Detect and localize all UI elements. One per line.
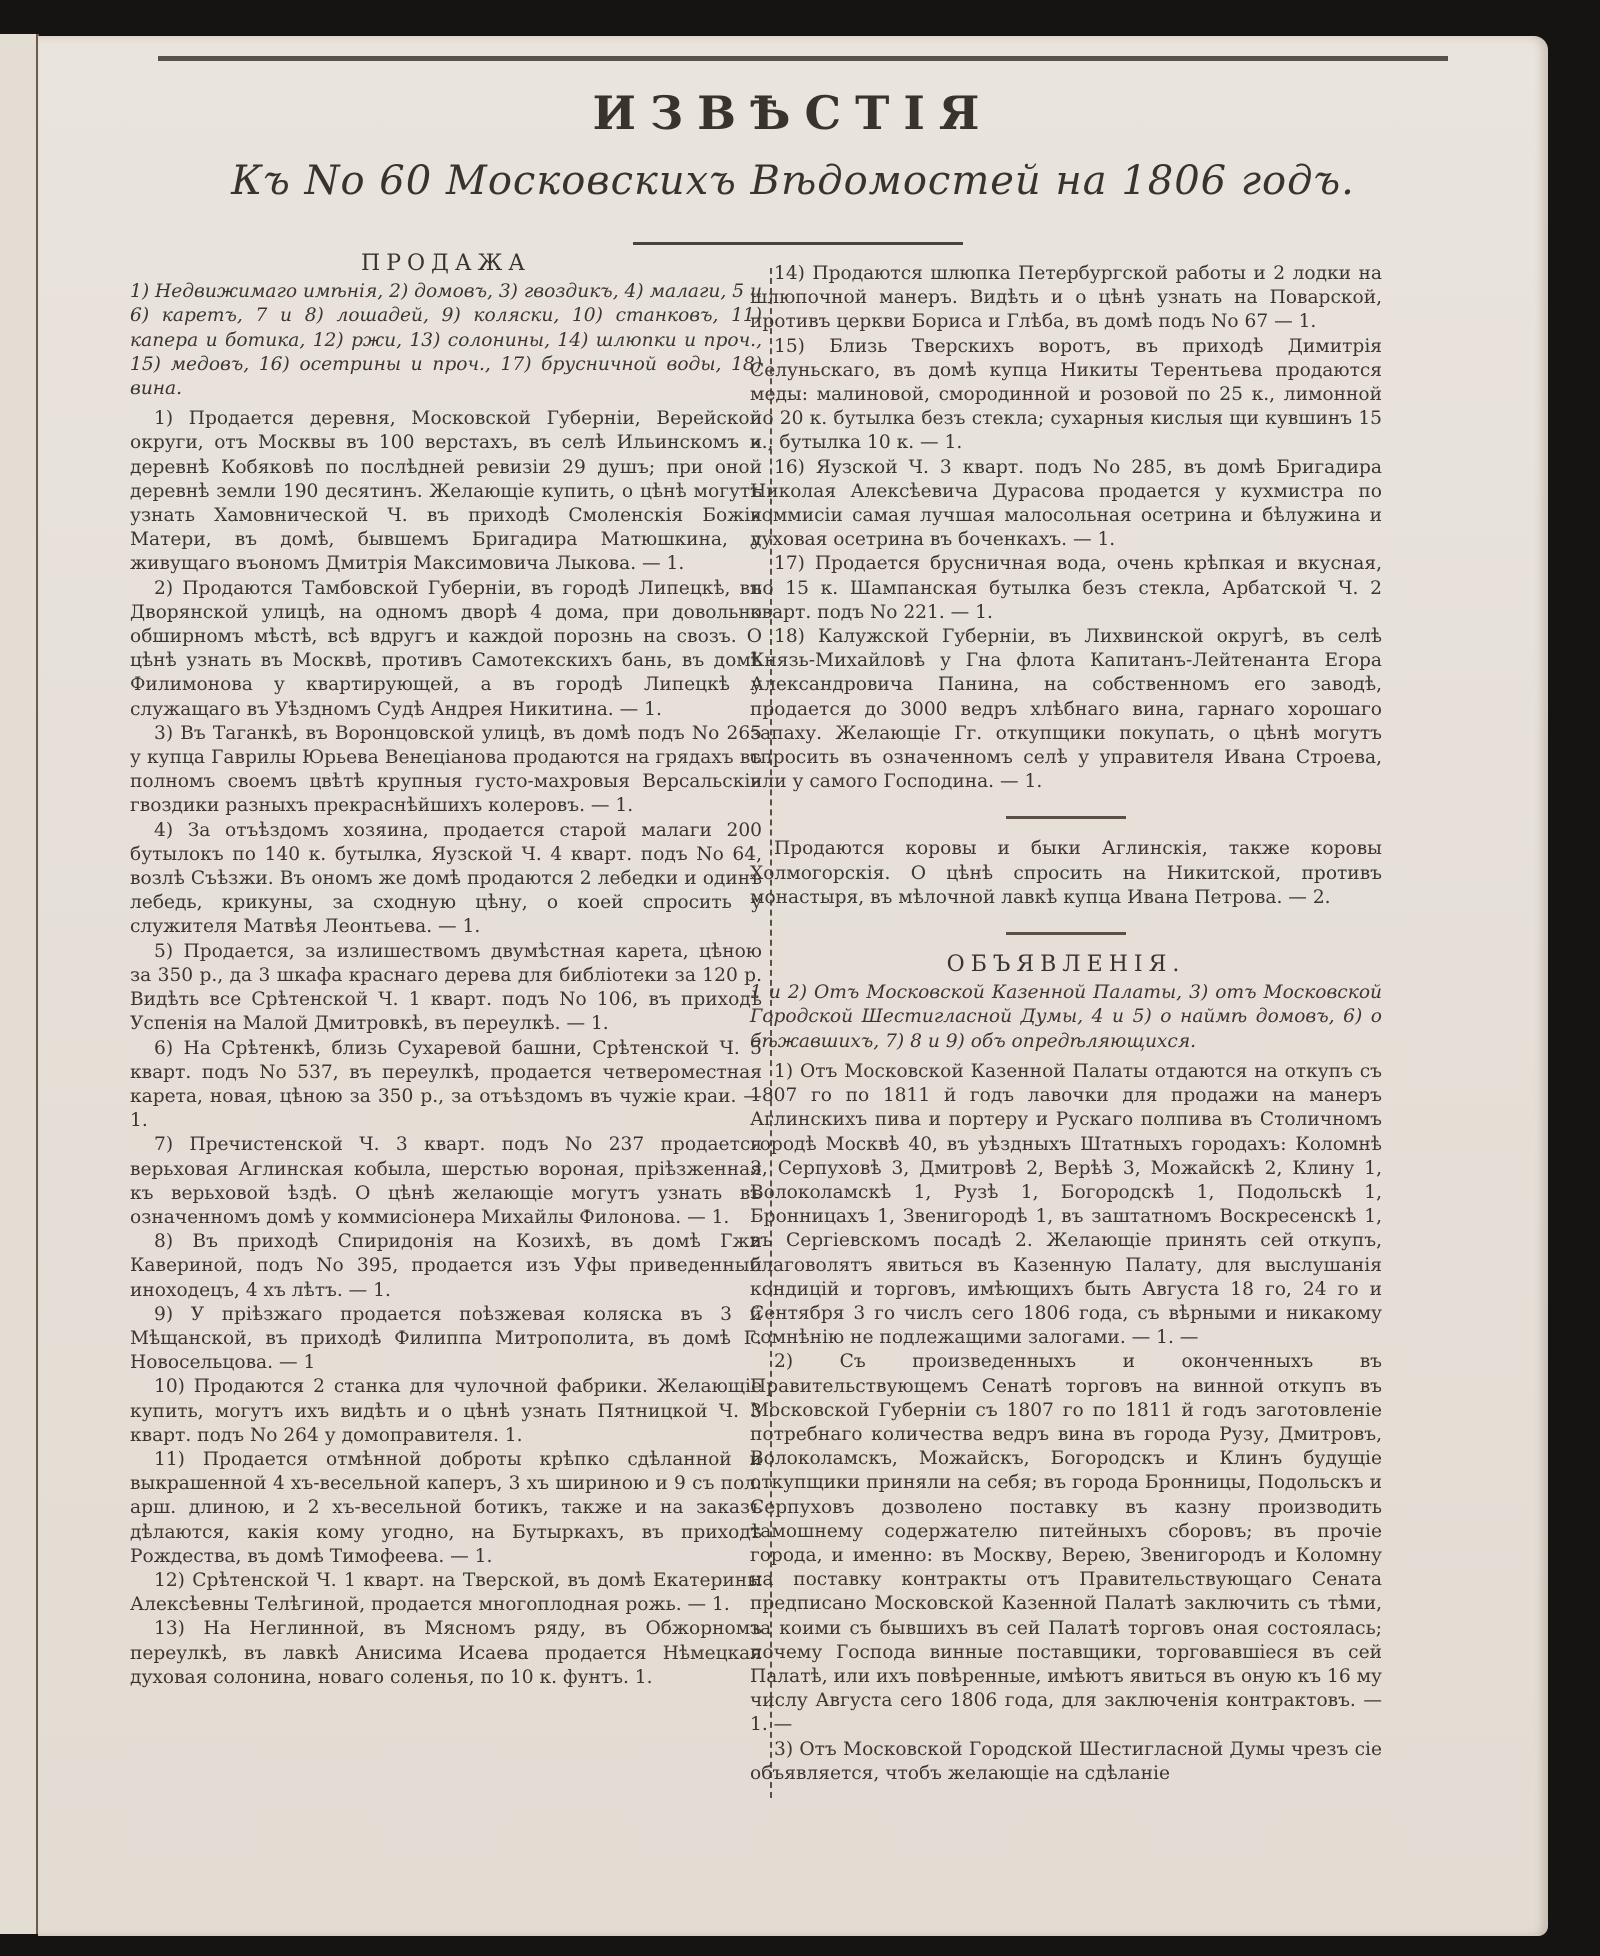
announcements-heading: ОБЪЯВЛЕНІЯ.	[750, 953, 1382, 977]
announcements-summary: 1 и 2) Отъ Московской Казенной Палаты, 3…	[750, 981, 1382, 1054]
sale-extra: Продаются коровы и быки Аглинскія, также…	[750, 837, 1382, 910]
sale-item: 12) Срѣтенской Ч. 1 кварт. на Тверской, …	[130, 1569, 762, 1617]
sale-item: 9) У пріѣзжаго продается поѣзжевая коляс…	[130, 1303, 762, 1376]
sale-item: 18) Калужской Губерніи, въ Лихвинской ок…	[750, 625, 1382, 794]
section-rule	[1006, 816, 1126, 819]
sale-item: 10) Продаются 2 станка для чулочной фабр…	[130, 1375, 762, 1448]
sale-item: 15) Близь Тверскихъ воротъ, въ приходѣ Д…	[750, 335, 1382, 456]
right-column: 14) Продаются шлюпка Петербургской работ…	[750, 262, 1382, 1786]
sale-item: 17) Продается брусничная вода, очень крѣ…	[750, 552, 1382, 625]
sale-heading: ПРОДАЖА	[130, 252, 762, 276]
masthead-rule	[633, 242, 963, 245]
adjacent-page-edge	[0, 34, 39, 1934]
newspaper-page: ИЗВѢСТІЯ Къ No 60 Московскихъ Вѣдомостей…	[38, 36, 1548, 1936]
sale-item: 4) За отъѣздомъ хозяина, продается старо…	[130, 819, 762, 940]
sale-summary: 1) Недвижимаго имѣнія, 2) домовъ, 3) гво…	[130, 280, 762, 401]
sale-item: 1) Продается деревня, Московской Губерні…	[130, 407, 762, 576]
announcement-item: 2) Съ произведенныхъ и оконченныхъ въ Пр…	[750, 1350, 1382, 1737]
sale-item: 2) Продаются Тамбовской Губерніи, въ гор…	[130, 577, 762, 722]
announcement-item: 1) Отъ Московской Казенной Палаты отдают…	[750, 1060, 1382, 1350]
sale-item: 16) Яузской Ч. 3 кварт. подъ No 285, въ …	[750, 456, 1382, 553]
sale-item: 3) Въ Таганкѣ, въ Воронцовской улицѣ, въ…	[130, 722, 762, 819]
section-rule	[1006, 932, 1126, 935]
sale-item: 5) Продается, за излишествомъ двумѣстная…	[130, 940, 762, 1037]
sale-item: 13) На Неглинной, въ Мясномъ ряду, въ Об…	[130, 1617, 762, 1690]
top-rule	[158, 56, 1448, 61]
sale-item: 11) Продается отмѣнной доброты крѣпко сд…	[130, 1448, 762, 1569]
sale-item: 7) Пречистенской Ч. 3 кварт. подъ No 237…	[130, 1133, 762, 1230]
sale-item: 6) На Срѣтенкѣ, близь Сухаревой башни, С…	[130, 1037, 762, 1134]
announcement-item: 3) Отъ Московской Городской Шестигласной…	[750, 1738, 1382, 1786]
masthead-subtitle: Къ No 60 Московскихъ Вѣдомостей на 1806 …	[38, 158, 1548, 204]
masthead-title: ИЗВѢСТІЯ	[38, 86, 1548, 140]
sale-item: 14) Продаются шлюпка Петербургской работ…	[750, 262, 1382, 335]
sale-item: 8) Въ приходѣ Спиридонія на Козихѣ, въ д…	[130, 1230, 762, 1303]
left-column: ПРОДАЖА 1) Недвижимаго имѣнія, 2) домовъ…	[130, 252, 762, 1690]
